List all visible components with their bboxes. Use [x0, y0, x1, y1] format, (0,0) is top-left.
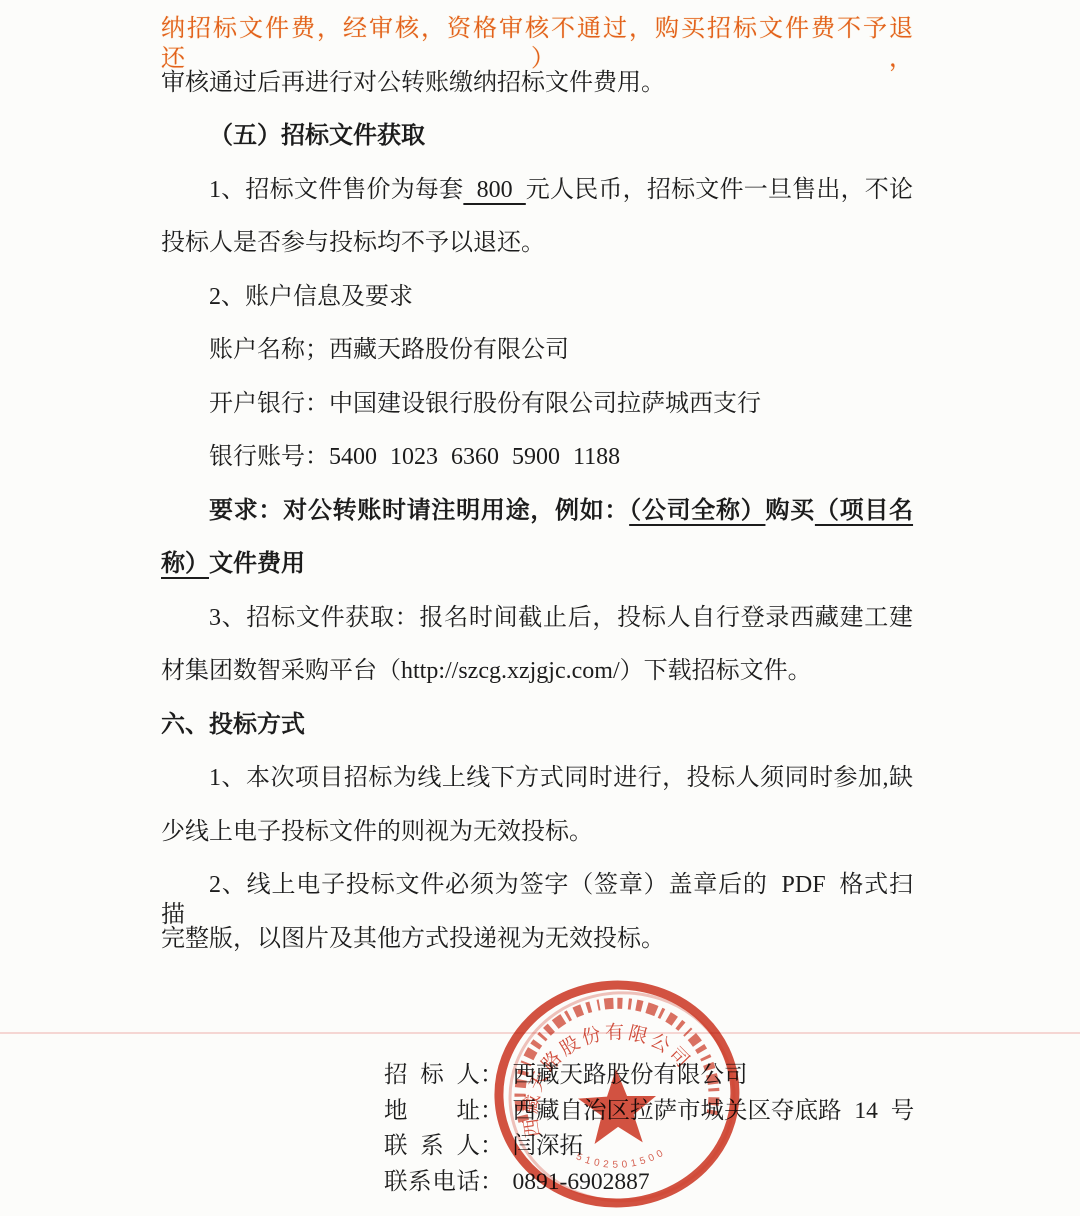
- text-segment: 投标人是否参与投标均不予以退还。: [161, 230, 545, 256]
- text-segment: 完整版，以图片及其他方式投递视为无效投标。: [161, 926, 665, 952]
- footer-label: 招标人: [384, 1058, 480, 1094]
- text-segment: 文件费用: [209, 551, 305, 577]
- text-line: 开户银行：中国建设银行股份有限公司拉萨城西支行: [161, 389, 913, 443]
- text-segment: 1、本次项目招标为线上线下方式同时进行，投标人须同时参加,缺: [209, 765, 913, 791]
- underlined-text: 800: [463, 177, 525, 203]
- text-segment: 1、招标文件售价为每套: [209, 177, 463, 203]
- text-line: 银行账号：5400 1023 6360 5900 1188: [161, 442, 913, 496]
- text-segment: 购买: [765, 498, 814, 524]
- text-segment: 少线上电子投标文件的则视为无效投标。: [161, 819, 593, 845]
- text-line: 完整版，以图片及其他方式投递视为无效投标。: [161, 924, 913, 978]
- text-line: 投标人是否参与投标均不予以退还。: [161, 228, 913, 282]
- text-segment: 银行账号：5400 1023 6360 5900 1188: [209, 444, 620, 470]
- underlined-text: （项目名: [815, 498, 913, 524]
- text-segment: 3、招标文件获取：报名时间截止后，投标人自行登录西藏建工建: [209, 605, 913, 631]
- footer-label: 联系电话: [384, 1165, 480, 1201]
- text-segment: 六、投标方式: [161, 712, 305, 738]
- text-line: 少线上电子投标文件的则视为无效投标。: [161, 817, 913, 871]
- underlined-text: 称）: [161, 551, 209, 577]
- scanned-tender-document-page: 纳招标文件费，经审核，资格审核不通过，购买招标文件费不予退还），审核通过后再进行…: [0, 0, 1080, 1216]
- text-line: 1、本次项目招标为线上线下方式同时进行，投标人须同时参加,缺: [161, 763, 913, 817]
- text-segment: 材集团数智采购平台（http://szcg.xzjgjc.com/）下载招标文件…: [161, 658, 812, 684]
- text-line: 3、招标文件获取：报名时间截止后，投标人自行登录西藏建工建: [161, 603, 913, 657]
- underlined-text: （公司全称）: [629, 498, 765, 524]
- document-body: 纳招标文件费，经审核，资格审核不通过，购买招标文件费不予退还），审核通过后再进行…: [161, 14, 913, 977]
- text-line: （五）招标文件获取: [161, 121, 913, 175]
- text-line: 2、线上电子投标文件必须为签字（签章）盖章后的 PDF 格式扫描: [161, 870, 913, 924]
- text-line: 2、账户信息及要求: [161, 282, 913, 336]
- text-line: 称）文件费用: [161, 549, 913, 603]
- text-segment: 纳招标文件费，经审核，资格审核不通过，购买招标文件费不予退还），: [161, 16, 913, 72]
- text-line: 材集团数智采购平台（http://szcg.xzjgjc.com/）下载招标文件…: [161, 656, 913, 710]
- text-line: 账户名称；西藏天路股份有限公司: [161, 335, 913, 389]
- text-segment: 审核通过后再进行对公转账缴纳招标文件费用。: [161, 70, 665, 96]
- footer-label: 联系人: [384, 1129, 480, 1165]
- text-segment: 要求：对公转账时请注明用途，例如：: [209, 498, 629, 524]
- seal-code-text: 5102501500: [574, 1146, 669, 1172]
- text-line: 六、投标方式: [161, 710, 913, 764]
- text-segment: 元人民币，招标文件一旦售出，不论: [526, 177, 913, 203]
- text-segment: （五）招标文件获取: [209, 123, 425, 149]
- seal-star: [577, 1068, 658, 1145]
- text-line: 纳招标文件费，经审核，资格审核不通过，购买招标文件费不予退还），: [161, 14, 913, 68]
- text-segment: 2、账户信息及要求: [209, 284, 413, 310]
- text-line: 审核通过后再进行对公转账缴纳招标文件费用。: [161, 68, 913, 122]
- text-line: 要求：对公转账时请注明用途，例如：（公司全称）购买（项目名: [161, 496, 913, 550]
- company-seal-stamp: 西藏天路股份有限公司 5102501500: [484, 974, 750, 1216]
- text-segment: 账户名称；西藏天路股份有限公司: [209, 337, 569, 363]
- footer-label: 地址: [384, 1094, 480, 1130]
- text-line: 1、招标文件售价为每套 800 元人民币，招标文件一旦售出，不论: [161, 175, 913, 229]
- text-segment: 2、线上电子投标文件必须为签字（签章）盖章后的 PDF 格式扫描: [161, 872, 913, 928]
- text-segment: 开户银行：中国建设银行股份有限公司拉萨城西支行: [209, 391, 761, 417]
